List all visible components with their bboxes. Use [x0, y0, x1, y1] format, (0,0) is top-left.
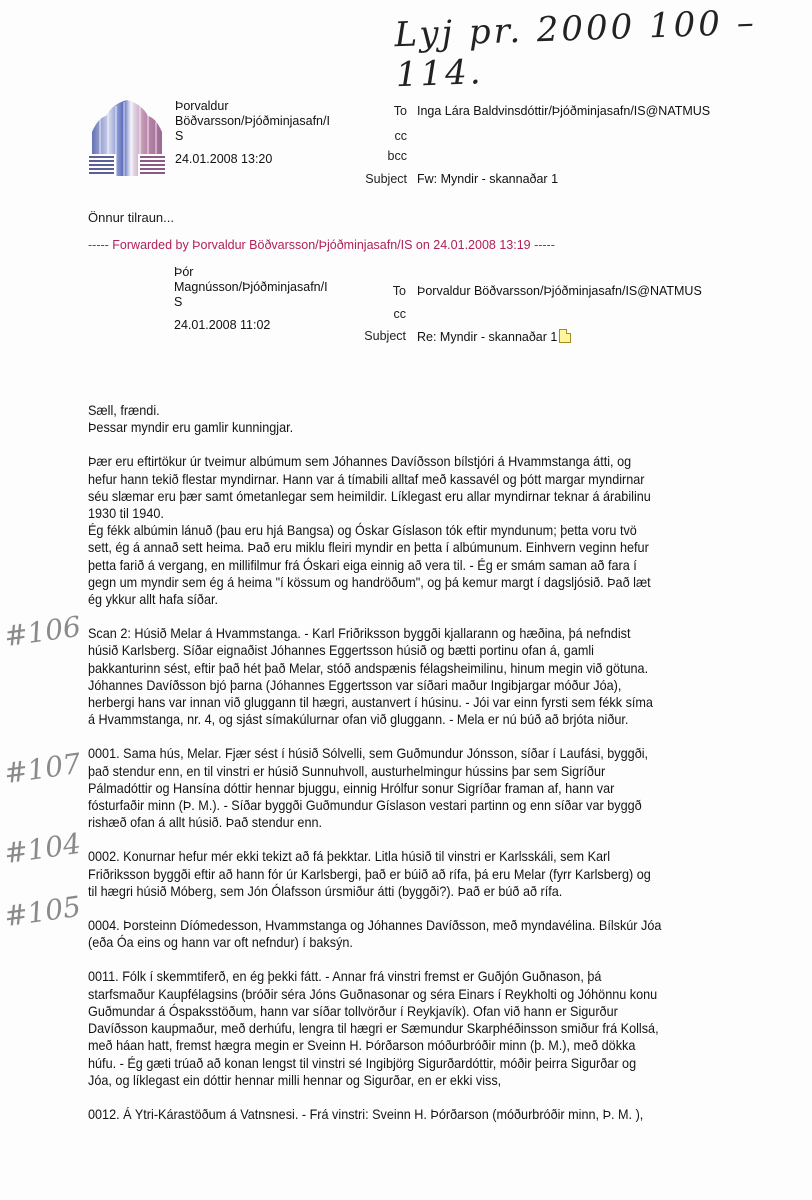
- paragraph-0011: 0011. Fólk í skemmtiferð, en ég þekki fá…: [88, 968, 804, 1088]
- cc-label: cc: [347, 129, 407, 143]
- to-label: To: [347, 104, 407, 118]
- intro-text: Önnur tilraun...: [88, 210, 174, 225]
- email-sender: Þorvaldur Böðvarsson/Þjóðminjasafn/I S 2…: [175, 99, 330, 167]
- original-subject: Re: Myndir - skannaðar 1: [417, 329, 571, 344]
- original-subject-text: Re: Myndir - skannaðar 1: [417, 330, 557, 344]
- handwritten-reference-note: Lyj pr. 2000 100 – 114.: [394, 1, 812, 96]
- original-sender-line-3: S: [174, 295, 328, 310]
- original-sender-line-2: Magnússon/Þjóðminjasafn/I: [174, 280, 328, 295]
- sender-name-line-3: S: [175, 129, 330, 144]
- original-sender: Þór Magnússon/Þjóðminjasafn/I S 24.01.20…: [174, 265, 328, 333]
- paragraph-intro: Þær eru eftirtökur úr tveimur albúmum se…: [88, 453, 804, 608]
- margin-note-106: #106: [2, 610, 83, 653]
- original-sender-line-1: Þór: [174, 265, 328, 280]
- document-icon[interactable]: [559, 329, 571, 343]
- paragraph-0002: 0002. Konurnar hefur mér ekki tekizt að …: [88, 848, 804, 900]
- original-sent-date: 24.01.2008 11:02: [174, 318, 328, 333]
- to-recipient[interactable]: Inga Lára Baldvinsdóttir/Þjóðminjasafn/I…: [417, 104, 710, 118]
- message-body: Sæll, frændi. Þessar myndir eru gamlir k…: [88, 402, 804, 1123]
- margin-note-105: #105: [2, 890, 83, 933]
- original-to-recipient[interactable]: Þorvaldur Böðvarsson/Þjóðminjasafn/IS@NA…: [417, 284, 702, 298]
- original-cc-label: cc: [346, 307, 406, 321]
- paragraph-0001: 0001. Sama hús, Melar. Fjær sést í húsið…: [88, 745, 804, 831]
- subject-label: Subject: [347, 172, 407, 186]
- greeting: Sæll, frændi. Þessar myndir eru gamlir k…: [88, 402, 804, 436]
- sent-date: 24.01.2008 13:20: [175, 152, 330, 167]
- margin-note-107: #107: [2, 747, 83, 790]
- subject-value: Fw: Myndir - skannaðar 1: [417, 172, 558, 186]
- sender-name-line-2: Böðvarsson/Þjóðminjasafn/I: [175, 114, 330, 129]
- margin-note-104: #104: [2, 827, 83, 870]
- paragraph-0004: 0004. Þorsteinn Díómedesson, Hvammstanga…: [88, 917, 804, 951]
- original-subject-label: Subject: [346, 329, 406, 343]
- paragraph-0012: 0012. Á Ytri-Kárastöðum á Vatnsnesi. - F…: [88, 1106, 804, 1123]
- sender-avatar-logo-icon: [88, 96, 166, 176]
- forwarded-header: ----- Forwarded by Þorvaldur Böðvarsson/…: [88, 238, 555, 252]
- original-to-label: To: [346, 284, 406, 298]
- bcc-label: bcc: [347, 149, 407, 163]
- paragraph-scan-2: Scan 2: Húsið Melar á Hvammstanga. - Kar…: [88, 625, 804, 728]
- sender-name-line-1: Þorvaldur: [175, 99, 330, 114]
